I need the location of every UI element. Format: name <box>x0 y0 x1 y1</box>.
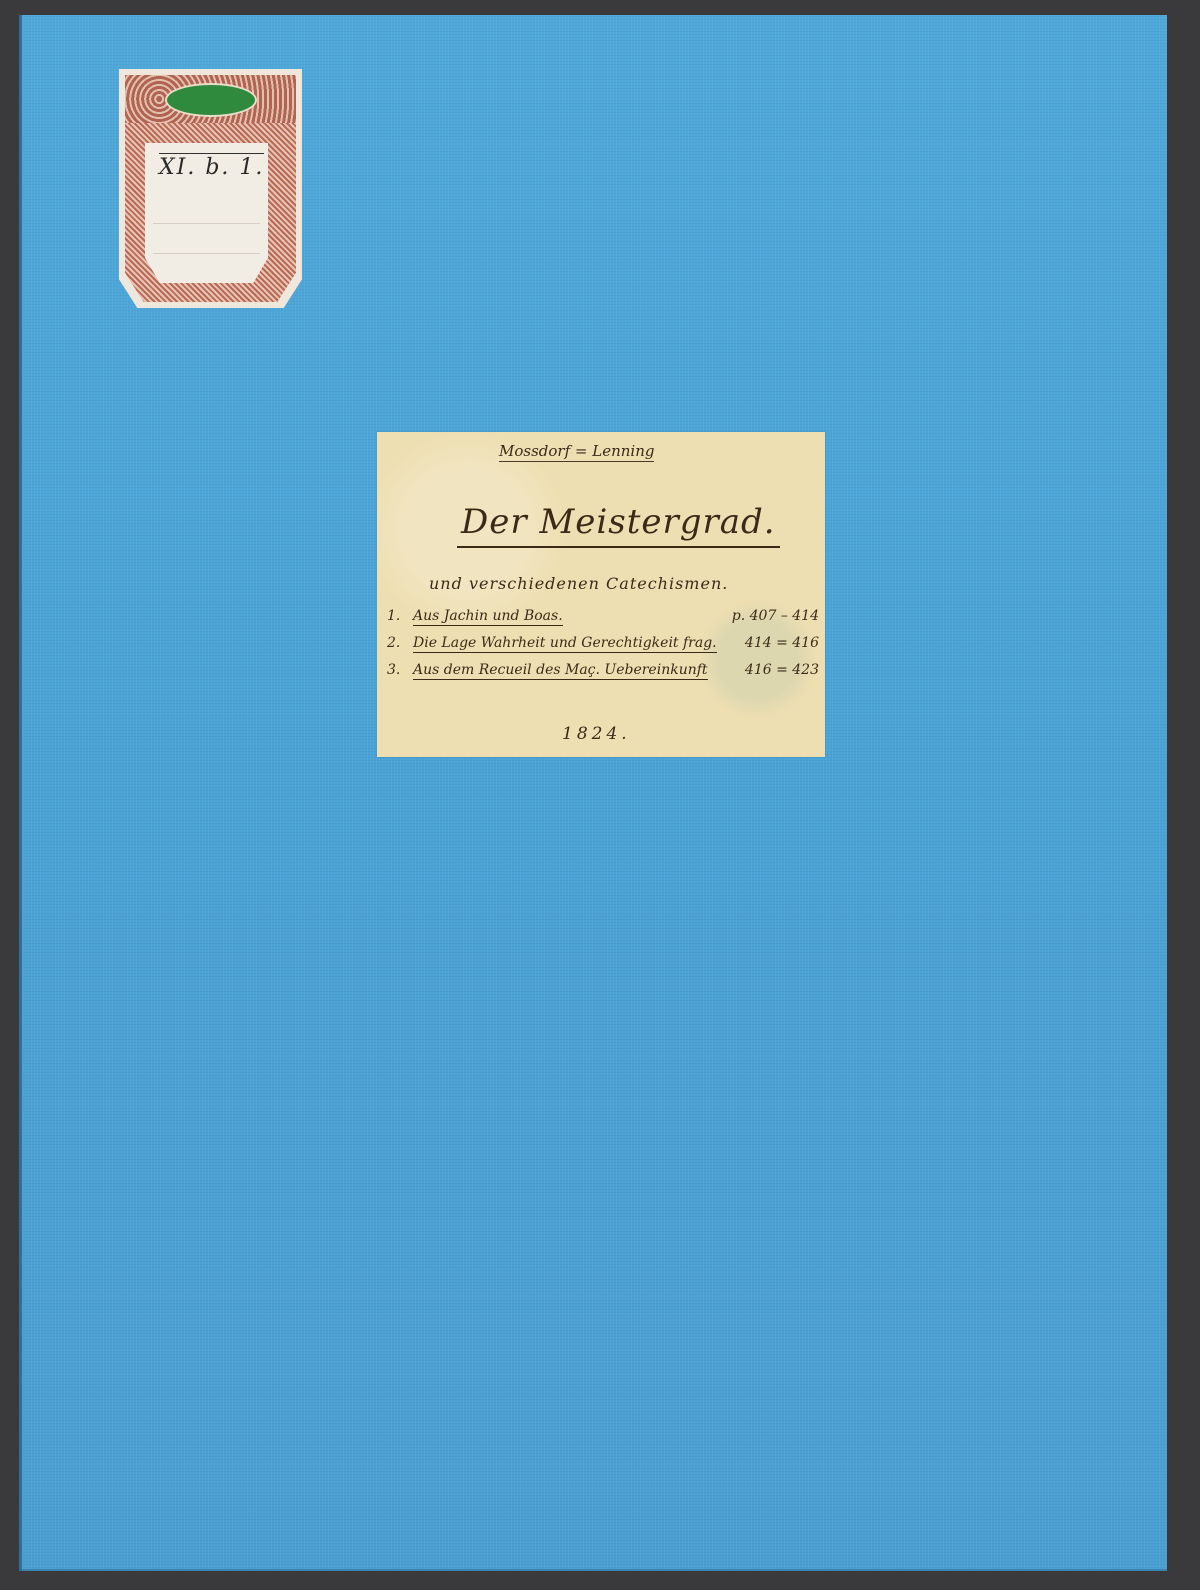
label-green-oval <box>165 83 257 117</box>
contents-list: 1. Aus Jachin und Boas. p. 407 – 414 2. … <box>387 604 819 685</box>
item-pages: 416 = 423 <box>745 662 819 678</box>
item-title: Aus Jachin und Boas. <box>413 608 563 626</box>
label-writing-area: XI. b. 1. <box>145 143 268 283</box>
label-rule-line <box>153 223 260 224</box>
library-shelf-label: XI. b. 1. <box>119 69 302 308</box>
year: 1824. <box>562 724 631 744</box>
item-number: 1. <box>387 608 400 624</box>
contents-item: 1. Aus Jachin und Boas. p. 407 – 414 <box>387 604 819 631</box>
item-pages: p. 407 – 414 <box>732 608 819 624</box>
subtitle: und verschiedenen Catechismen. <box>429 574 728 593</box>
item-title: Aus dem Recueil des Maç. Uebereinkunft <box>413 662 708 680</box>
contents-item: 3. Aus dem Recueil des Maç. Uebereinkunf… <box>387 658 819 685</box>
item-number: 2. <box>387 635 400 651</box>
label-rule-line <box>153 253 260 254</box>
author-line: Mossdorf = Lenning <box>499 442 654 462</box>
item-number: 3. <box>387 662 400 678</box>
shelf-mark: XI. b. 1. <box>159 153 264 180</box>
title-paper-label: Mossdorf = Lenning Der Meistergrad. und … <box>377 432 825 757</box>
book-cover: XI. b. 1. Mossdorf = Lenning Der Meister… <box>19 15 1167 1571</box>
item-pages: 414 = 416 <box>745 635 819 651</box>
item-title: Die Lage Wahrheit und Gerechtigkeit frag… <box>413 635 717 653</box>
contents-item: 2. Die Lage Wahrheit und Gerechtigkeit f… <box>387 631 819 658</box>
main-title: Der Meistergrad. <box>457 502 780 548</box>
